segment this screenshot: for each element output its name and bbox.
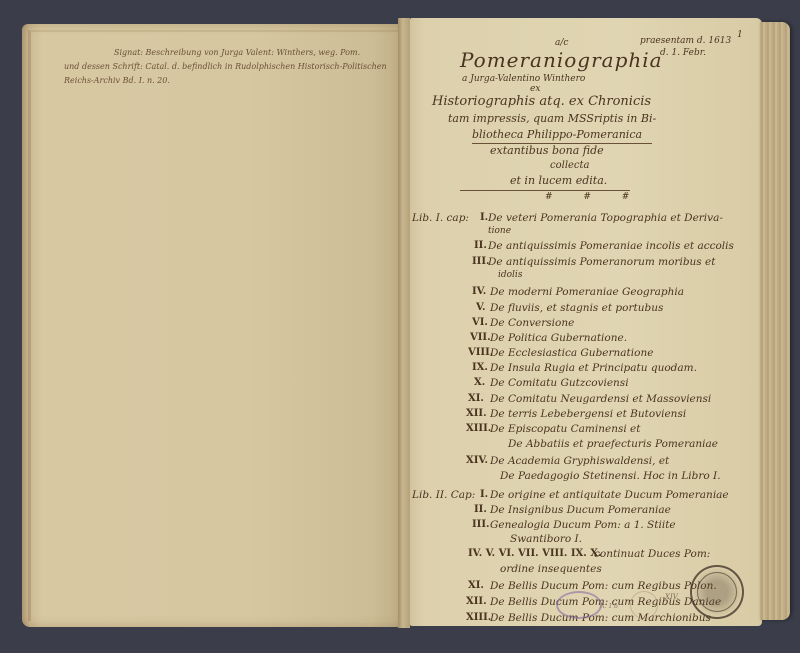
toc-entry: De Ecclesiastica Gubernatione [490,347,653,359]
top-right-note-2: d. 1. Febr. [660,48,706,58]
toc-entry: De Politica Gubernatione. [490,332,627,344]
heading-line-6: et in lucem edita. [510,174,607,187]
toc-num: II. [474,504,487,515]
folio-number: 1 [737,30,743,40]
toc-num: XI. [468,393,484,404]
left-note-line-3: Reichs-Archiv Bd. I. n. 20. [64,76,170,85]
author-line: a Jurga-Valentino Winthero [462,74,585,84]
right-page [410,18,762,626]
toc-entry: De antiquissimis Pomeranorum moribus et [488,256,715,268]
toc-entry: De terris Lebebergensi et Butoviensi [490,408,686,420]
heading-line-3: bliotheca Philippo-Pomeranica [472,128,642,141]
toc-entry: De Insignibus Ducum Pomeraniae [490,504,671,516]
toc-num: XIII. [466,423,491,434]
top-mark: a/c [555,38,568,48]
page-edges [760,22,790,620]
toc-num: I. [480,212,488,223]
toc-num: III. [472,519,490,530]
toc-num: XIV. [466,455,488,466]
toc-entry: De veteri Pomerania Topographia et Deriv… [488,212,723,224]
toc-entry: De Academia Gryphiswaldensi, et [490,455,669,467]
toc-entry-cont: ordine insequentes [500,563,602,575]
toc-entry: De antiquissimis Pomeraniae incolis et a… [488,240,734,252]
toc-num: XII. [466,596,487,607]
toc-num: X. [474,377,485,388]
toc-entry-cont: De Paedagogio Stetinensi. Hoc in Libro I… [500,470,721,482]
toc-num: II. [474,240,487,251]
toc-num: I. [480,489,488,500]
toc-book-2: Lib. II. Cap: [412,489,475,501]
toc-entry: De Bellis Ducum Pom: cum Marchionibus [490,612,711,624]
toc-entry-cont: tione [488,226,511,236]
manuscript-title: Pomeraniographia [460,48,663,72]
toc-book-1: Lib. I. cap: [412,212,469,224]
ornament: # # # [545,192,643,202]
toc-entry: De origine et antiquitate Ducum Pomerani… [490,489,729,501]
ex-word: ex [530,84,540,94]
toc-entry: De fluviis, et stagnis et portubus [490,302,663,314]
heading-line-1: Historiographis atq. ex Chronicis [432,94,651,109]
toc-entry: De moderni Pomeraniae Geographia [490,286,684,298]
toc-num: XIII. [466,612,491,623]
left-note-line-1: Signat: Beschreibung von Jurga Valent: W… [114,48,360,57]
toc-num: XI. [468,580,484,591]
manuscript-spread: Signat: Beschreibung von Jurga Valent: W… [0,0,800,653]
toc-num: XII. [466,408,487,419]
toc-num: IV. [472,286,486,297]
toc-num: IV. V. VI. VII. VIII. IX. X. [468,548,602,559]
shelfmark: R. 1 b [600,603,618,610]
toc-entry: Genealogia Ducum Pom: a 1. Stiite [490,519,676,531]
library-seal-stamp [690,565,744,619]
library-stamp-violet [556,591,602,619]
toc-entry-cont: Swantiboro I. [510,533,582,545]
toc-entry-cont: De Abbatiis et praefecturis Pomeraniae [508,438,718,450]
heading-line-4: extantibus bona fide [490,144,604,157]
toc-num: V. [476,302,486,313]
toc-entry: De Insula Rugia et Principatu quodam. [490,362,697,374]
toc-num: IX. [472,362,488,373]
toc-num: VII. [470,332,491,343]
toc-entry: De Comitatu Neugardensi et Massoviensi [490,393,711,405]
top-right-note-1: praesentam d. 1613 [640,36,731,46]
toc-entry: De Bellis Ducum Pom: cum Regibus Polon. [490,580,717,592]
heading-underline-2 [460,190,630,191]
left-page: Signat: Beschreibung von Jurga Valent: W… [22,24,402,627]
heading-line-2: tam impressis, quam MSSriptis in Bi- [448,112,656,125]
faint-stamp [630,591,658,619]
page-mark: XIV. [665,593,679,601]
toc-entry: continuat Duces Pom: [594,548,710,560]
left-note-line-2: und dessen Schrift: Catal. d. befindlich… [64,62,387,71]
toc-num: VI. [472,317,488,328]
book-gutter [398,18,410,628]
heading-line-5: collecta [550,160,590,171]
toc-entry: De Conversione [490,317,574,329]
toc-entry-cont: idolis [498,270,522,280]
toc-num: III. [472,256,490,267]
toc-entry: De Episcopatu Caminensi et [490,423,640,435]
toc-entry: De Comitatu Gutzcoviensi [490,377,629,389]
